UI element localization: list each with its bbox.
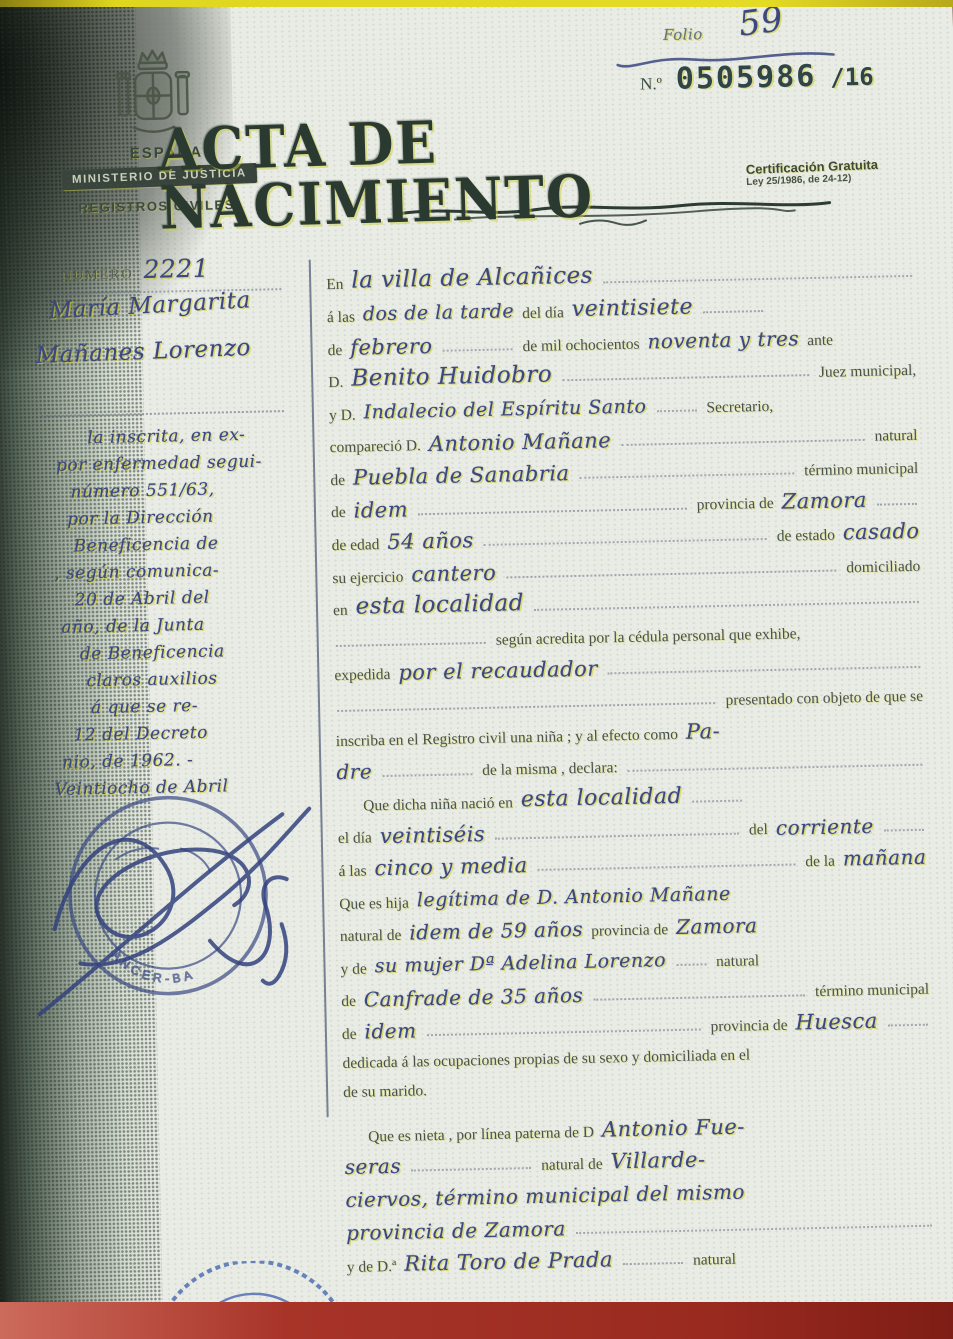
handwritten-text: idem (364, 1021, 416, 1043)
dotted-leader (884, 826, 924, 831)
dotted-leader (628, 761, 923, 771)
printed-text: en (333, 603, 348, 620)
printed-text: á las (327, 310, 355, 327)
record-number-label: NUMERO (61, 267, 134, 285)
printed-text: el día (338, 831, 372, 848)
margin-dotted-rule (41, 410, 284, 417)
handwritten-text: veintisiete (572, 296, 694, 322)
dotted-leader (418, 505, 687, 515)
printed-text: su ejercicio (332, 569, 403, 587)
handwritten-text: dre (336, 761, 372, 783)
dotted-leader (538, 862, 796, 871)
handwritten-text: cantero (411, 562, 496, 586)
serial-number-row: N.º 0505986 /16 (640, 58, 874, 98)
handwritten-text: idem (353, 498, 408, 521)
printed-text: de edad (332, 537, 380, 554)
printed-text: natural de (340, 928, 402, 946)
handwritten-text: Zamora (676, 916, 758, 939)
printed-text: En (326, 277, 344, 294)
printed-text: natural (874, 428, 917, 445)
signature (16, 753, 342, 1050)
printed-text: del día (522, 305, 564, 322)
printed-text: Secretario, (706, 399, 773, 417)
handwritten-text: corriente (776, 816, 874, 839)
printed-text: de (327, 342, 342, 359)
handwritten-text: Huesca (795, 1010, 878, 1034)
dotted-leader (382, 771, 472, 777)
printed-text: del (749, 822, 768, 839)
printed-text: Que es hija (339, 895, 409, 913)
serial-number-suffix: /16 (830, 63, 874, 92)
printed-text: de (330, 473, 345, 490)
handwritten-text: Rita Toro de Prada (404, 1249, 613, 1275)
dotted-leader (427, 1027, 701, 1037)
printed-text: natural (716, 953, 759, 970)
printed-text: domiciliado (846, 558, 920, 576)
handwritten-text: Antonio Fue- (602, 1115, 745, 1140)
dotted-leader (336, 640, 486, 647)
handwritten-text: veintiséis (380, 823, 486, 847)
dotted-leader (603, 272, 912, 282)
dotted-leader (608, 664, 921, 675)
handwritten-text: 54 años (387, 529, 474, 553)
printed-text: y D. (329, 407, 356, 424)
margin-annotation: la inscrita, en ex-por enfermedad segui-… (27, 424, 295, 807)
printed-text: de la (805, 854, 835, 871)
dotted-leader (495, 830, 739, 839)
handwritten-text: esta localidad (355, 591, 524, 619)
handwritten-text: cinco y media (374, 854, 528, 879)
handwritten-text: seras (345, 1156, 402, 1178)
printed-text: compareció D. (330, 439, 422, 457)
dotted-leader (562, 372, 809, 381)
printed-text: á las (338, 863, 366, 880)
dotted-leader (411, 1166, 531, 1173)
printed-text: provincia de (591, 922, 668, 940)
photo-border-bottom (0, 1302, 953, 1339)
scanned-birth-certificate: ESPAÑA MINISTERIO DE JUSTICIA REGISTROS … (0, 0, 953, 1339)
printed-text: expedida (334, 667, 390, 684)
printed-text: natural (693, 1252, 736, 1269)
dotted-leader (888, 1022, 928, 1027)
handwritten-text: Pa- (686, 720, 721, 743)
printed-text: de (342, 1027, 357, 1044)
printed-text: de (341, 994, 356, 1011)
dotted-leader (484, 536, 767, 546)
dotted-leader (692, 798, 742, 803)
dotted-leader (443, 346, 513, 351)
printed-text: provincia de (710, 1018, 787, 1036)
printed-text: de su marido. (343, 1083, 427, 1101)
handwritten-text: mañana (843, 847, 927, 870)
document-title: ACTA DE NACIMIENTO (157, 102, 880, 239)
handwritten-text: esta localidad (521, 785, 683, 811)
certificate-body: Enla villa de Alcañicesá lasdos de la ta… (326, 249, 935, 1276)
serial-number-label: N.º (640, 74, 662, 94)
dotted-leader (676, 961, 706, 966)
registered-name-line2: Mañanes Lorenzo (35, 335, 251, 369)
dotted-leader (623, 1260, 683, 1265)
folio-label: Folio (663, 25, 703, 44)
dotted-leader (593, 992, 805, 1000)
dotted-leader (621, 436, 864, 445)
handwritten-text: casado (843, 520, 920, 544)
dotted-leader (703, 308, 763, 313)
handwritten-text: febrero (350, 335, 433, 359)
handwritten-text: Zamora (781, 489, 867, 513)
record-number-value: 2221 (143, 254, 209, 284)
printed-text: de estado (777, 528, 835, 545)
record-number-row: NUMERO 2221 (61, 254, 210, 286)
printed-text: de (331, 505, 346, 522)
certificate-sheet: ESPAÑA MINISTERIO DE JUSTICIA REGISTROS … (0, 0, 953, 1322)
printed-text: natural de (541, 1157, 603, 1175)
printed-text: D. (328, 375, 343, 392)
dotted-leader (656, 407, 696, 412)
dotted-leader (877, 501, 917, 506)
serial-number-value: 0505986 (675, 59, 816, 97)
photo-border-top (0, 0, 953, 7)
printed-text: y de (340, 961, 367, 978)
dotted-leader (580, 471, 795, 479)
printed-text: ante (807, 332, 833, 349)
handwritten-text: Villarde- (610, 1149, 705, 1173)
printed-text: provincia de (697, 496, 774, 514)
